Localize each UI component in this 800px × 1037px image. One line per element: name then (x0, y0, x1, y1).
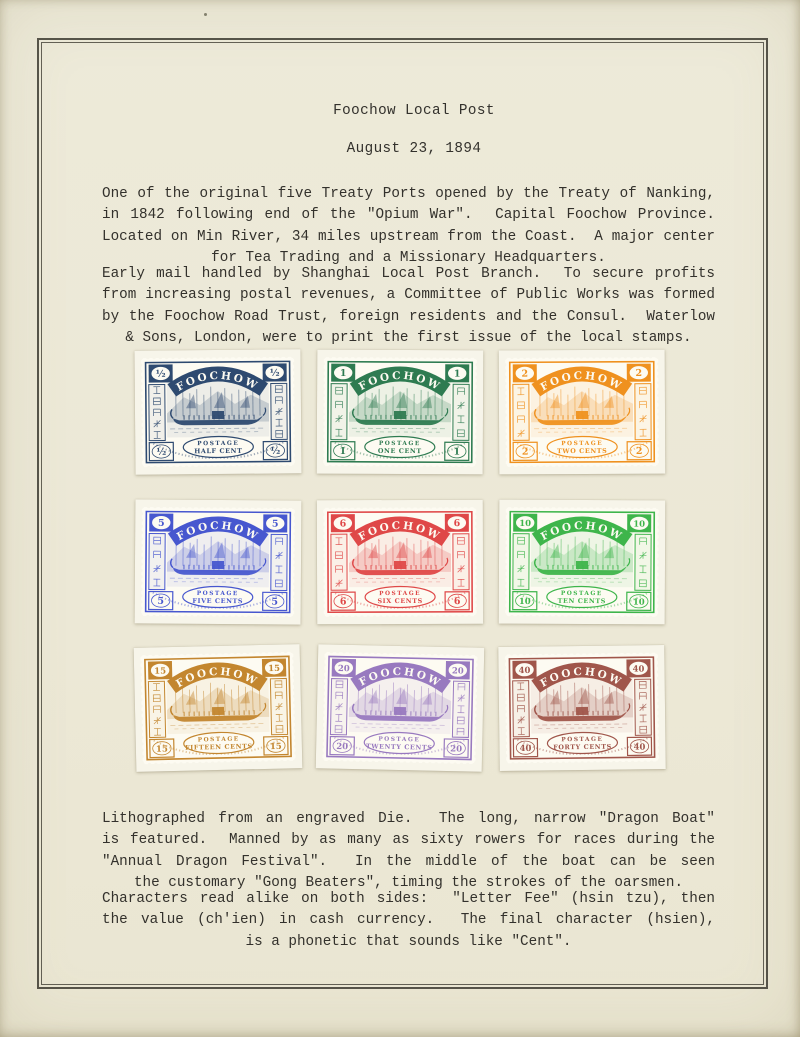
stamp-svg-10: FOOCHOW10101010POSTAGETEN CENTS (504, 506, 661, 619)
stamp-corner-value: 40 (519, 666, 531, 676)
stamp-svg-20: FOOCHOW20202020POSTAGETWENTY CENTS (321, 650, 479, 765)
stamp-svg-2: FOOCHOW2222POSTAGETWO CENTS (504, 356, 661, 469)
stamp-mount-1: FOOCHOW1111POSTAGEONE CENT (317, 350, 484, 475)
stamp-value-words: SIX CENTS (377, 597, 422, 605)
stamp-corner-value: 10 (519, 519, 531, 529)
stamp-corner-value: 10 (633, 520, 645, 530)
stamp-value-words: TWENTY CENTS (366, 742, 433, 751)
text-line: "Annual Dragon Festival". In the middle … (102, 852, 715, 873)
stamp-value-words: FIFTEEN CENTS (185, 742, 253, 752)
stamp-corner-value: ½ (156, 369, 166, 380)
stamp-corner-value: 2 (522, 447, 529, 458)
stamp-corner-value: 6 (454, 518, 461, 529)
text-line: the value (ch'ien) in cash currency. The… (102, 910, 715, 931)
stamp-corner-value: 20 (338, 664, 350, 674)
stamp-corner-value: 20 (450, 744, 462, 754)
text-line: is a phonetic that sounds like "Cent". (102, 932, 715, 953)
stamp-mount-40: FOOCHOW40404040POSTAGEFORTY CENTS (498, 645, 666, 771)
stamp-mount-6: FOOCHOW6666POSTAGESIX CENTS (317, 500, 483, 625)
stamp-value-words: FORTY CENTS (553, 743, 612, 752)
stamp-mount-½: FOOCHOW½½½½POSTAGEHALF CENT (134, 349, 301, 474)
stamp-corner-value: 40 (520, 744, 532, 754)
text-line: is featured. Manned by as many as sixty … (102, 830, 715, 851)
text-line: Characters read alike on both sides: "Le… (102, 889, 715, 910)
stamp-corner-value: ½ (156, 447, 166, 458)
stamp-corner-value: 1 (454, 369, 461, 380)
stamp-mount-5: FOOCHOW5555POSTAGEFIVE CENTS (135, 499, 302, 624)
stamp-corner-value: 10 (519, 597, 531, 607)
stamp-corner-value: 5 (271, 597, 278, 608)
stamp-mount-15: FOOCHOW15151515POSTAGEFIFTEEN CENTS (134, 644, 303, 772)
stamp-mount-2: FOOCHOW2222POSTAGETWO CENTS (499, 350, 666, 475)
stamp-corner-value: 1 (453, 447, 460, 458)
stamp-corner-value: 15 (268, 664, 280, 674)
stamp-corner-value: ½ (270, 368, 280, 379)
stamp-corner-value: 15 (154, 666, 166, 676)
stamp-value-words: TEN CENTS (558, 597, 606, 605)
stamp-value-words: ONE CENT (378, 447, 422, 455)
stamp-value-words: HALF CENT (194, 447, 242, 455)
stamp-svg-6: FOOCHOW6666POSTAGESIX CENTS (322, 506, 478, 619)
text-line: Lithographed from an engraved Die. The l… (102, 809, 715, 830)
stamp-svg-40: FOOCHOW40404040POSTAGEFORTY CENTS (503, 651, 660, 765)
stamp-svg-5: FOOCHOW5555POSTAGEFIVE CENTS (140, 505, 297, 618)
stamp-row-1: FOOCHOW½½½½POSTAGEHALF CENTFOOCHOW1111PO… (14, 350, 786, 474)
stamp-mount-10: FOOCHOW10101010POSTAGETEN CENTS (499, 500, 666, 625)
paragraph-characters: Characters read alike on both sides: "Le… (102, 889, 715, 953)
stamp-corner-value: 5 (158, 518, 165, 529)
stamp-corner-value: 40 (633, 665, 645, 675)
stamp-value-words: FIVE CENTS (192, 597, 243, 605)
stamp-corner-value: 6 (340, 518, 347, 529)
paragraph-dragon-boat: Lithographed from an engraved Die. The l… (102, 809, 715, 895)
stamp-corner-value: 20 (452, 666, 464, 676)
stamp-corner-value: 1 (340, 368, 347, 379)
stamp-svg-1: FOOCHOW1111POSTAGEONE CENT (322, 356, 479, 469)
stamp-corner-value: 5 (272, 519, 279, 530)
stamp-corner-value: 40 (634, 743, 646, 753)
stamp-corner-value: 6 (340, 596, 347, 607)
stamp-corner-value: 15 (270, 742, 282, 752)
stamp-corner-value: 10 (633, 598, 645, 608)
stamp-svg-½: FOOCHOW½½½½POSTAGEHALF CENT (140, 355, 297, 468)
stamp-corner-value: 20 (336, 742, 348, 752)
stamp-svg-15: FOOCHOW15151515POSTAGEFIFTEEN CENTS (139, 650, 298, 766)
stamp-row-3: FOOCHOW15151515POSTAGEFIFTEEN CENTSFOOCH… (14, 646, 786, 770)
stamp-corner-value: 2 (635, 368, 642, 379)
stamp-mount-20: FOOCHOW20202020POSTAGETWENTY CENTS (316, 644, 485, 771)
stamp-corner-value: ½ (270, 446, 280, 457)
album-page: Foochow Local Post August 23, 1894 One o… (0, 0, 800, 1037)
stamp-corner-value: 2 (521, 369, 528, 380)
stamp-row-2: FOOCHOW5555POSTAGEFIVE CENTSFOOCHOW6666P… (14, 500, 786, 624)
stamp-value-words: TWO CENTS (557, 447, 607, 455)
